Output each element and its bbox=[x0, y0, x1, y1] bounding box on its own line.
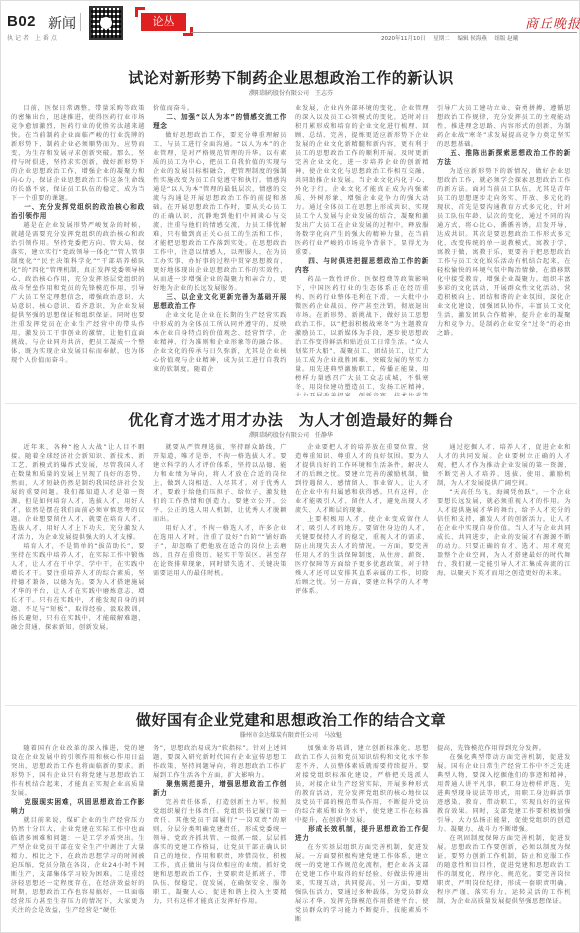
paragraph: 企业文化是企业在长期的生产经营实践中形成的为全体员工所认同并遵守的、反映本企业自… bbox=[153, 311, 287, 374]
paragraph: 价值而奋斗。 bbox=[153, 104, 287, 113]
divider bbox=[5, 705, 577, 706]
newspaper-page: B02 新闻 执记者 上番点 论丛 商丘晚报 2020年11月10日 星期二 编… bbox=[0, 0, 580, 933]
dateline: 2020年11月10日 星期二 编辑 侯海燕 组版 赵曦 bbox=[381, 34, 524, 42]
text-column: 提高，先锋模范作用得到充分发挥。在强化典型带动方面完善机制，促进发展。国有企业日… bbox=[437, 744, 571, 924]
byline: 滕州市金达煤炭有限责任公司马汝魁 bbox=[1, 730, 580, 739]
paragraph: 通过挖掘人才、培养人才，促进企业和人才的共同发展。企业要树立正确的人才观，把人才… bbox=[437, 443, 571, 488]
text-column: 企业要把人才的培养放在重要位置，营造尊重知识、尊重人才的良好氛围。要为人才提供良… bbox=[295, 443, 429, 701]
paragraph: 培育人才，不是简单的“拔苗助长”，要坚持在实践中培养人才，在实际工作中锻炼人才，… bbox=[11, 542, 145, 632]
paragraph: 做好思想政治工作，要充分尊重理解员工，与员工进行全面沟通。“以人为本”的企业管理… bbox=[153, 131, 287, 293]
paragraph: 在巩固制度保障方面完善机制，促进发展。思想政治工作要创新，必须以制度为保证，要努… bbox=[437, 834, 571, 906]
text-column: 目前，医保日常调整，带量采购等政策的密集出台，迅速推进，使得医药行业市场竞争愈加… bbox=[11, 104, 145, 396]
article-title: 试论对新形势下制药企业思想政治工作的新认识 bbox=[1, 67, 580, 88]
text-column: 近年来，各种“抢人大战”让人目不暇接。随着全球经济社会新知识、新技术、新工艺、新… bbox=[11, 443, 145, 701]
article-title: 做好国有企业党建和思想政治工作的结合文章 bbox=[1, 709, 580, 730]
text-column: 通过挖掘人才、培养人才，促进企业和人才的共同发展。企业要树立正确的人才观，把人才… bbox=[437, 443, 571, 701]
paragraph: 完善责任体系，打造创新主力军。按照党组织履行主体责任、党组织书记履行第一责任、其… bbox=[153, 798, 287, 906]
paragraph: 引导广大员工建功立业、奋勇拼搏，遵循思想政治工作规律，充分发挥员工的主观能动性，… bbox=[437, 104, 571, 149]
section-name: 新闻 bbox=[48, 13, 76, 33]
subheading: 一、充分发挥党组织的政治核心和政治引领作用 bbox=[11, 203, 145, 221]
article-body: 随着国有企业改革的深入推进，党的建设在企业发展中的引领作用和核心作用日益突出，思… bbox=[11, 744, 571, 924]
text-column: 就要从严管理选拔，坚持群众路线，广开渠道，唯才是举，不拘一格选拔人才。要建立科学… bbox=[153, 443, 287, 701]
article-body: 近年来，各种“抢人大战”让人目不暇接。随着全球经济社会新知识、新技术、新工艺、新… bbox=[11, 443, 571, 701]
qr-logo-icon bbox=[100, 17, 112, 29]
text-column: 业发展，企业内外部环境的变化，企业管理的深入以及员工心智模式的变化，适时对日积月… bbox=[295, 104, 429, 396]
date: 2020年11月10日 bbox=[381, 36, 426, 42]
paragraph: 企业要把人才的培养放在重要位置，营造尊重知识、尊重人才的良好氛围。要为人才提供良… bbox=[295, 443, 429, 515]
article-body: 目前，医保日常调整，带量采购等政策的密集出台，迅速推进，使得医药行业市场竞争愈加… bbox=[11, 104, 571, 396]
byline: 濮阳制药股份有限公司任静华 bbox=[1, 430, 580, 439]
paragraph: 提高，先锋模范作用得到充分发挥。 bbox=[437, 744, 571, 753]
paragraph: 随着国有企业改革的深入推进，党的建设在企业发展中的引领作用和核心作用日益突出，思… bbox=[11, 744, 145, 798]
paragraph: 业发展，企业内外部环境的变化，企业管理的深入以及员工心智模式的变化，适时对日积月… bbox=[295, 104, 429, 257]
paragraph: 上要积极用人才，使企业变成留住人才、吸引人才的地方。要留住身边的人才，关键要保持… bbox=[295, 515, 429, 596]
reporters: 执记者 上番点 bbox=[7, 33, 59, 42]
text-column: 价值而奋斗。二、加强“以人为本”的情感交流工作理念做好思想政治工作，要充分尊重理… bbox=[153, 104, 287, 396]
paragraph: 就要从严管理选拔，坚持群众路线，广开渠道，唯才是举，不拘一格选拔人才。要建立科学… bbox=[153, 443, 287, 524]
paragraph: 加强业务培训，建立创新标准化。思想政治工作人员和党员知识结构和文化水平参差不齐，… bbox=[295, 744, 429, 825]
editor: 编辑 侯海燕 bbox=[458, 36, 487, 42]
divider bbox=[5, 403, 577, 404]
subheading: 形成长效机制，提升思想政治工作促进力 bbox=[295, 825, 429, 843]
masthead: B02 新闻 执记者 上番点 论丛 商丘晚报 2020年11月10日 星期二 编… bbox=[1, 1, 580, 41]
paragraph: 越是在企业发展形势严峻复杂的时候，就越是需要充分发挥党组织的政治核心和政治引领作… bbox=[11, 221, 145, 365]
paragraph: 药品一致性评价、医保控费等政策影响下，中国医药行业的生态体系正在经历重构，医药行… bbox=[295, 275, 429, 396]
newspaper-logo: 商丘晚报 bbox=[525, 13, 580, 32]
paragraph: 为适应新形势下的新情况，做好企业思想政治工作，就必须学会探索思想政治工作的新方法… bbox=[437, 167, 571, 338]
page-number: B02 bbox=[7, 13, 36, 30]
paragraph: 近年来，各种“抢人大战”让人目不暇接。随着全球经济社会新知识、新技术、新工艺、新… bbox=[11, 443, 145, 542]
subheading: 四、与时俱进把握思想政治工作的新内容 bbox=[295, 257, 429, 275]
text-column: 引导广大员工建功立业、奋勇拼搏，遵循思想政治工作规律，充分发挥员工的主观能动性，… bbox=[437, 104, 571, 396]
divider bbox=[80, 13, 81, 31]
corner-mark-icon bbox=[135, 7, 138, 17]
byline: 濮阳制药股份有限公司王志芬 bbox=[1, 88, 580, 97]
byline-org: 濮阳制药股份有限公司 bbox=[249, 90, 309, 97]
weekday: 星期二 bbox=[433, 36, 450, 42]
subheading: 五、推陈出新探索思想政治工作的新方法 bbox=[437, 149, 571, 167]
byline-org: 滕州市金达煤炭有限责任公司 bbox=[240, 732, 318, 739]
layout-editor: 组版 赵曦 bbox=[495, 36, 519, 42]
subheading: 三、以企业文化更新完善为基础开展思想政治工作 bbox=[153, 293, 287, 311]
text-column: 随着国有企业改革的深入推进，党的建设在企业发展中的引领作用和核心作用日益突出，思… bbox=[11, 744, 145, 924]
paragraph: “天高任鸟飞，海阔凭鱼跃”。一个企业要想长远发展，就必须重视人才的作用。为人才提… bbox=[437, 488, 571, 578]
subheading: 聚焦规范提升，增强思想政治工作创新力 bbox=[153, 780, 287, 798]
byline-author: 马汝魁 bbox=[324, 732, 342, 739]
article-title: 优化育才选才用才办法 为人才创造最好的舞台 bbox=[1, 409, 580, 430]
text-column: 务”，思想政治易成为“软指标”。针对上述问题，要深入研究新时代国有企业宣传思想工… bbox=[153, 744, 287, 924]
paragraph: 就目前来说，煤矿企业的生产经营压力仍然十分巨大，企业党建在实际工作中也面临诸多困… bbox=[11, 816, 145, 915]
byline-author: 任静华 bbox=[315, 432, 333, 439]
column-tab: 论丛 bbox=[141, 13, 186, 31]
paragraph: 目前，医保日常调整，带量采购等政策的密集出台，迅速推进，使得医药行业市场竞争愈加… bbox=[11, 104, 145, 203]
header-rule bbox=[191, 32, 577, 33]
subheading: 二、加强“以人为本”的情感交流工作理念 bbox=[153, 113, 287, 131]
text-column: 加强业务培训，建立创新标准化。思想政治工作人员和党员知识结构和文化水平参差不齐，… bbox=[295, 744, 429, 924]
paragraph: 用好人才，不拘一格选人才，许多企业在选用人才时，注重了设好“台阶”“铺好路子”，… bbox=[153, 524, 287, 578]
paragraph: 在强化典型带动方面完善机制，促进发展。国有企业日常生产经营工作中不乏先进典型人物… bbox=[437, 753, 571, 834]
paragraph: 务”，思想政治易成为“软指标”。针对上述问题，要深入研究新时代国有企业宣传思想工… bbox=[153, 744, 287, 780]
byline-org: 濮阳制药股份有限公司 bbox=[249, 432, 309, 439]
byline-author: 王志芬 bbox=[315, 90, 333, 97]
paragraph: 在夯实基层组织方面完善机制，促进发展。一方面要积极构建党建工作体系，建立统一的党… bbox=[295, 843, 429, 924]
subheading: 克服现实困难，巩固思想政治工作影响力 bbox=[11, 798, 145, 816]
